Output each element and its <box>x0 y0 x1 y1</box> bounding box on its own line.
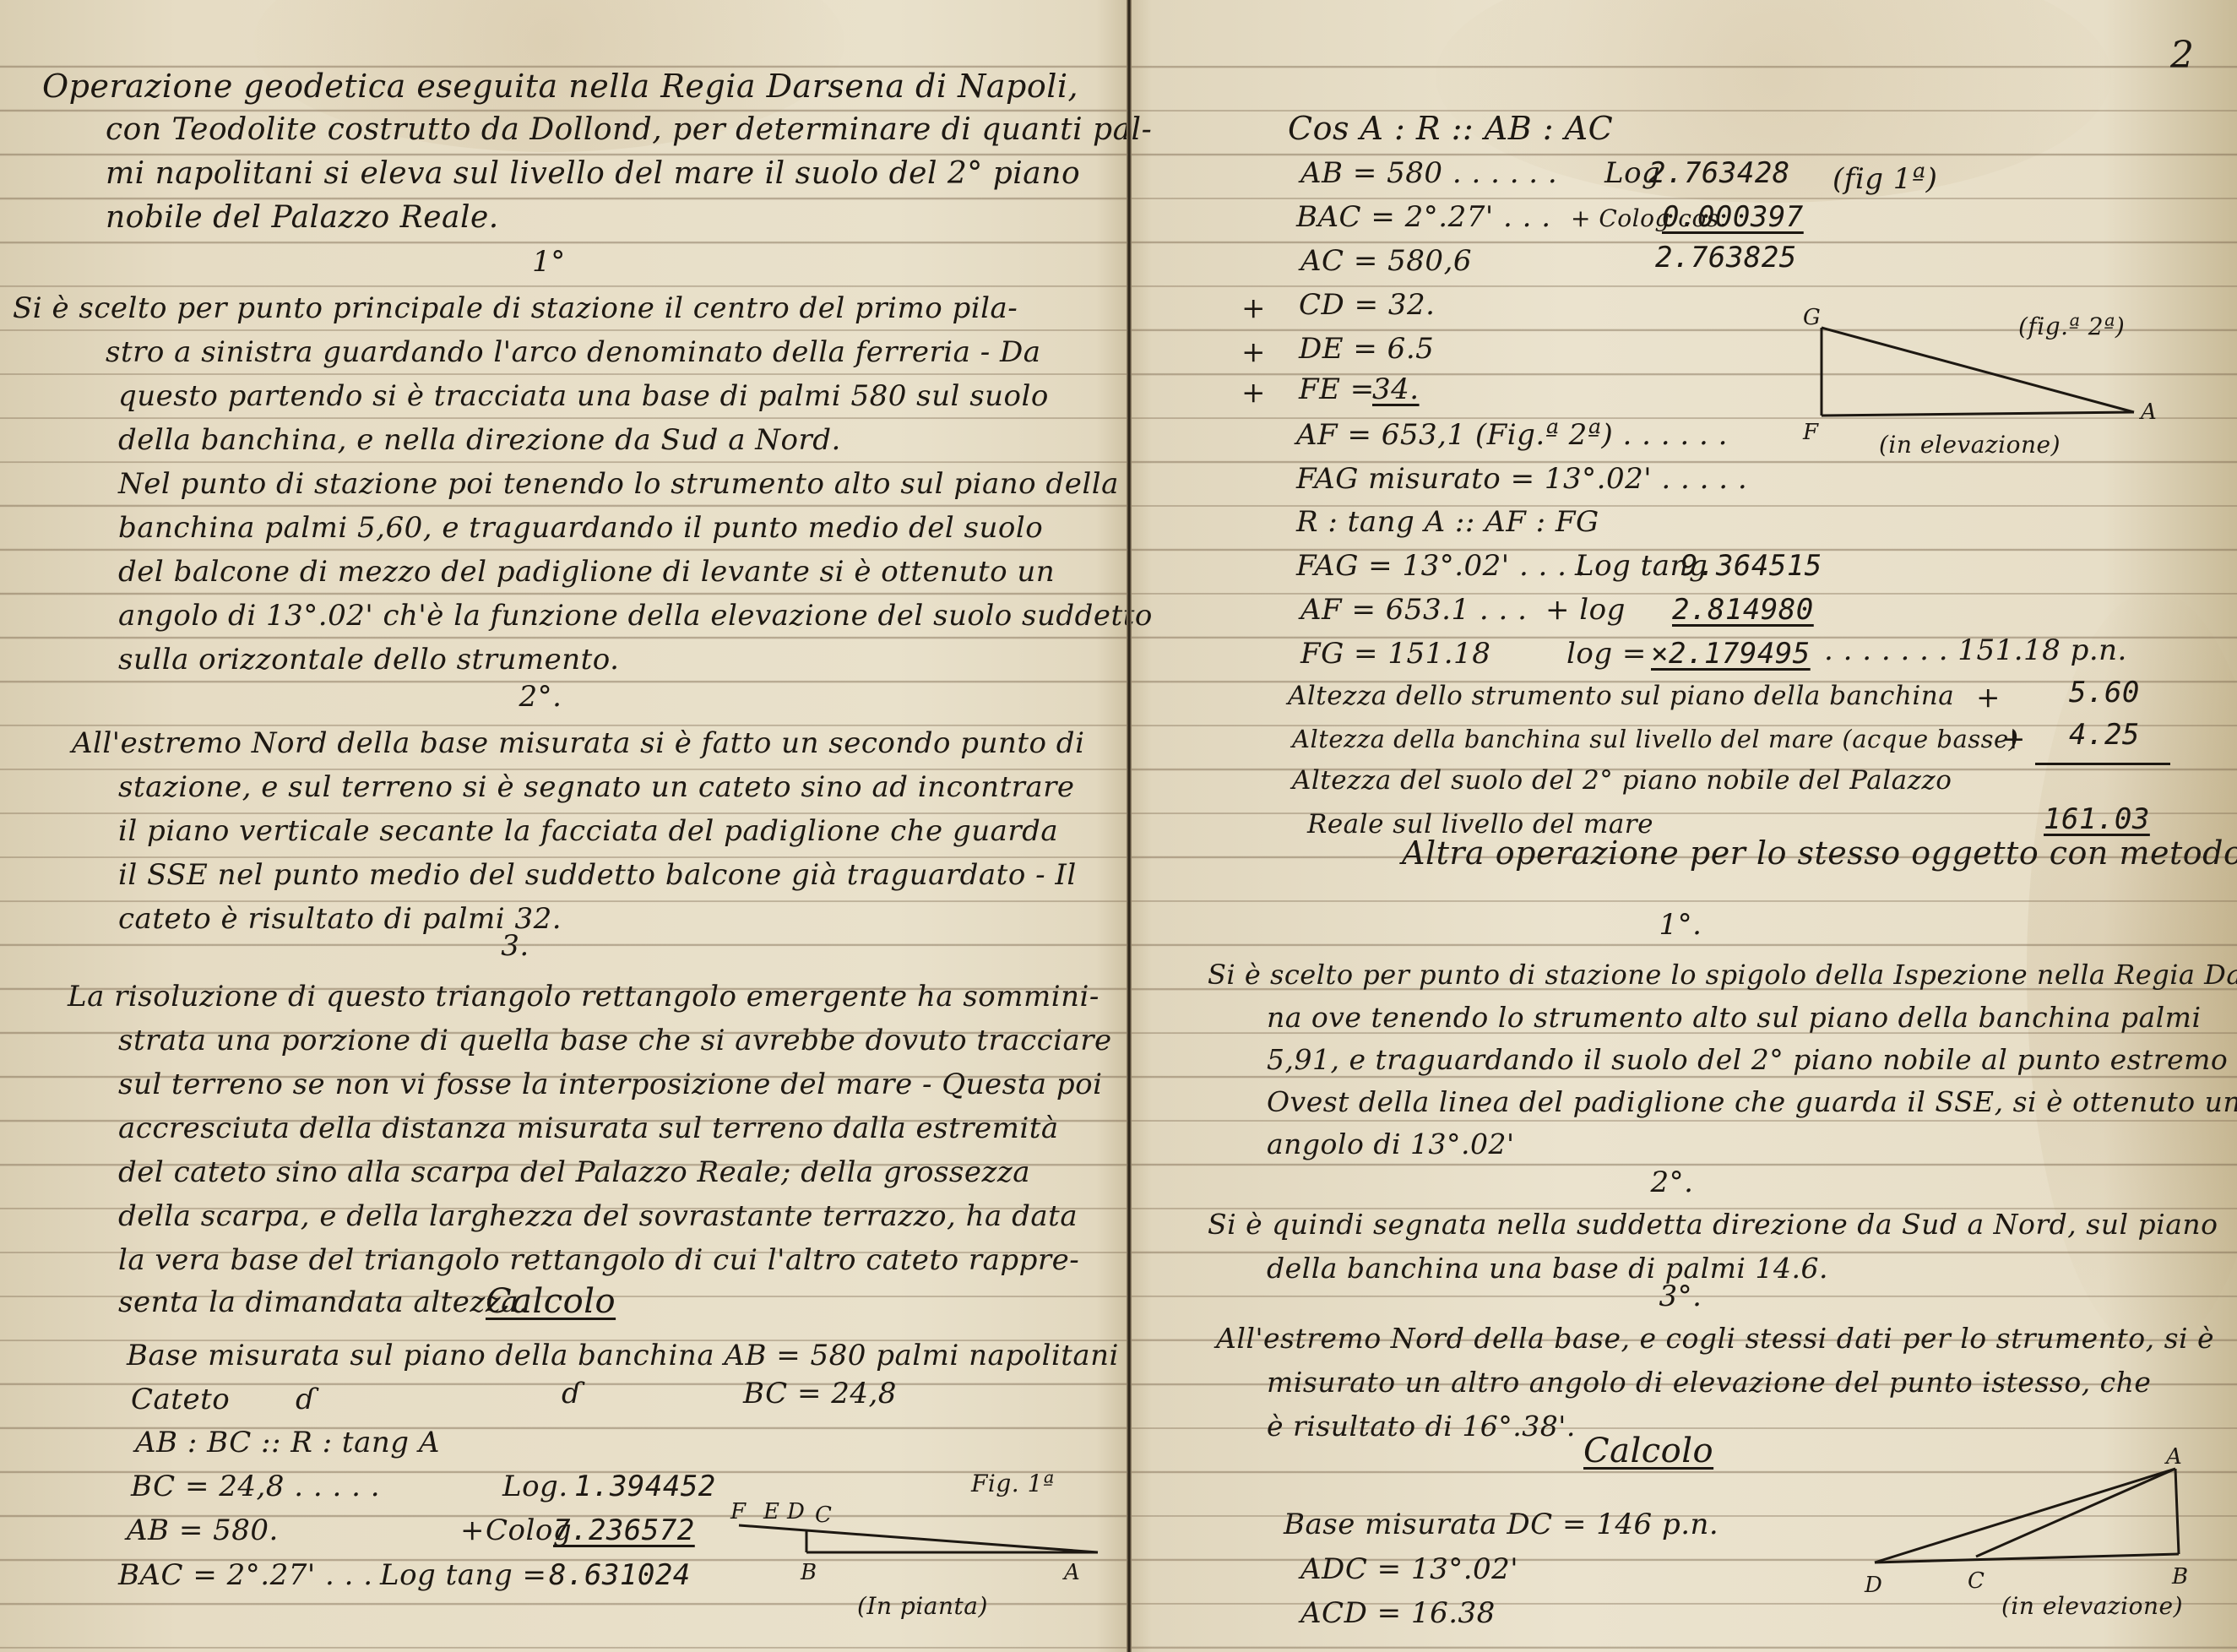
paragraph-line: Si è scelto per punto principale di staz… <box>13 291 1018 325</box>
fag-measured-line: FAG misurato = 13°.02' . . . . . <box>1296 462 1747 496</box>
figure-caption: (in elevazione) <box>2001 1592 2183 1620</box>
title-line: nobile del Palazzo Reale. <box>106 200 499 235</box>
notebook-spread: Operazione geodetica eseguita nella Regi… <box>0 0 2237 1652</box>
calc-row-fn: Log tang = <box>380 1558 547 1592</box>
paragraph-line: angolo di 13°.02' <box>1267 1128 1515 1160</box>
calc-row-value: 7.236572 <box>553 1513 695 1547</box>
calc-row-left: AB = 580. <box>127 1513 279 1547</box>
section-number: 3. <box>473 929 557 963</box>
point-label-f: F <box>730 1499 747 1524</box>
calc-row-fn: + log <box>1545 593 1626 627</box>
paragraph-line: senta la dimandata altezza. <box>118 1285 528 1319</box>
paragraph-line: strata una porzione di quella base che s… <box>118 1024 1112 1057</box>
log-row-left: BAC = 2°.27' . . . <box>1296 200 1551 234</box>
calc-proportion: AB : BC :: R : tang A <box>135 1426 440 1459</box>
section-number: 1° <box>507 245 591 279</box>
point-label-b: B <box>2171 1564 2188 1590</box>
calc-row: ADC = 13°.02' <box>1300 1552 1518 1586</box>
sum-rule <box>2035 763 2170 765</box>
page-number: 2 <box>2170 34 2195 77</box>
paragraph-line: del balcone di mezzo del padiglione di l… <box>118 555 1055 589</box>
calc-row-op: + <box>460 1513 485 1547</box>
cateto-label: Cateto <box>131 1383 230 1416</box>
log-row-value: 2.763825 <box>1655 241 1797 274</box>
title-line: con Teodolite costrutto da Dollond, per … <box>106 112 1152 147</box>
sum-prefix: + <box>1241 376 1266 410</box>
height-value: 4.25 <box>2069 718 2140 752</box>
paragraph-line: questo partendo si è tracciata una base … <box>118 379 1049 413</box>
calcolo-heading: Calcolo <box>486 1282 616 1321</box>
proportion-cos: Cos A : R :: AB : AC <box>1288 110 1613 147</box>
calc-row-left: BC = 24,8 . . . . . <box>131 1470 380 1503</box>
sum-value: 34. <box>1372 372 1420 406</box>
point-label-a: A <box>2164 1444 2182 1470</box>
height-total: 161.03 <box>2044 802 2150 836</box>
figure-label: Fig. 1ª <box>971 1470 1055 1497</box>
ditto-mark: ɗ <box>296 1383 316 1416</box>
height-label: Altezza dello strumento sul piano della … <box>1288 681 1954 711</box>
height-label: Altezza del suolo del 2° piano nobile de… <box>1292 765 1952 796</box>
calc-row: ACD = 16.38 <box>1300 1596 1496 1630</box>
section-number: 3°. <box>1638 1280 1723 1313</box>
section-heading: Altra operazione per lo stesso oggetto c… <box>1402 834 2237 872</box>
paragraph-line: del cateto sino alla scarpa del Palazzo … <box>118 1155 1030 1189</box>
calc-row-result: . . . . . . . 151.18 p.n. <box>1824 633 2127 667</box>
calc-row-left: AF = 653.1 . . . <box>1300 593 1527 627</box>
figure-caption: (In pianta) <box>857 1592 988 1620</box>
calc-row-left: BAC = 2°.27' . . . <box>118 1558 373 1592</box>
paragraph-line: na ove tenendo lo strumento alto sul pia… <box>1267 1001 2202 1034</box>
calc-row-fn: Log. <box>502 1470 568 1503</box>
sum-prefix: + <box>1241 335 1266 369</box>
paragraph-line: la vera base del triangolo rettangolo di… <box>118 1243 1079 1277</box>
height-op: + <box>1976 681 2001 715</box>
calc-row-value: 8.631024 <box>549 1558 691 1592</box>
point-label-f: F <box>1802 420 1819 445</box>
bc-value: BC = 24,8 <box>743 1377 897 1410</box>
log-row-left: AB = 580 . . . . . . <box>1300 156 1557 190</box>
point-label-a: A <box>1062 1560 1080 1585</box>
point-label-d: D <box>1864 1573 1882 1598</box>
calcolo-heading: Calcolo <box>1583 1432 1713 1470</box>
paragraph-line: Ovest della linea del padiglione che gua… <box>1267 1085 2237 1118</box>
log-row-note: (fig 1ª) <box>1832 162 1937 196</box>
paragraph-line: accresciuta della distanza misurata sul … <box>118 1111 1059 1145</box>
right-page: 2 Cos A : R :: AB : AC AB = 580 . . . . … <box>1132 0 2237 1652</box>
point-label-c: C <box>815 1503 832 1528</box>
figure-caption: (in elevazione) <box>1879 431 2061 459</box>
paragraph-line: è risultato di 16°.38'. <box>1267 1410 1576 1443</box>
point-label-e: E <box>763 1499 779 1524</box>
paragraph-line: 5,91, e traguardando il suolo del 2° pia… <box>1267 1043 2228 1076</box>
height-value: 5.60 <box>2069 676 2140 709</box>
figure-1-diagram: F E D C B A <box>726 1503 1115 1596</box>
paragraph-line: banchina palmi 5,60, e traguardando il p… <box>118 511 1043 545</box>
sum-left: FE = <box>1299 372 1375 406</box>
section-number: 2°. <box>1630 1166 1714 1199</box>
height-label: Altezza della banchina sul livello del m… <box>1292 725 2018 753</box>
calc-row-value: 2.814980 <box>1672 593 1814 627</box>
sum-prefix: + <box>1241 291 1266 325</box>
paragraph-line: stro a sinistra guardando l'arco denomin… <box>106 335 1041 369</box>
ditto-mark: ɗ <box>562 1377 582 1410</box>
paragraph-line: Si è scelto per punto di stazione lo spi… <box>1208 959 2237 991</box>
figure-2-diagram: G F A <box>1803 312 2166 439</box>
paragraph-line: della banchina una base di palmi 14.6. <box>1267 1252 1828 1285</box>
calc-row-value: 9.364515 <box>1680 549 1822 583</box>
log-row-value: 2.763428 <box>1648 156 1790 190</box>
paragraph-line: La risoluzione di questo triangolo retta… <box>68 980 1099 1013</box>
paragraph-line: sul terreno se non vi fosse la interposi… <box>118 1068 1102 1101</box>
paragraph-line: stazione, e sul terreno si è segnato un … <box>118 770 1075 804</box>
paragraph-line: sulla orizzontale dello strumento. <box>118 643 619 677</box>
paragraph-line: angolo di 13°.02' ch'è la funzione della… <box>118 599 1153 633</box>
point-label-g: G <box>1803 305 1821 330</box>
point-label-d: D <box>786 1499 805 1524</box>
calc-row-left: FAG = 13°.02' . . . . <box>1296 549 1586 583</box>
point-label-b: B <box>800 1560 817 1585</box>
paragraph-line: All'estremo Nord della base misurata si … <box>72 726 1084 760</box>
sum-left: CD = 32. <box>1299 288 1435 322</box>
calc-row-value: ×2.179495 <box>1651 637 1811 671</box>
paragraph-line: il SSE nel punto medio del suddetto balc… <box>118 858 1077 892</box>
paragraph-line: della banchina, e nella direzione da Sud… <box>118 423 841 457</box>
paragraph-line: il piano verticale secante la facciata d… <box>118 814 1058 848</box>
paragraph-line: misurato un altro angolo di elevazione d… <box>1267 1366 2151 1399</box>
paragraph-line: Si è quindi segnata nella suddetta direz… <box>1208 1208 2218 1241</box>
calc-row-value: 1.394452 <box>574 1470 716 1503</box>
log-row-value: 0.000397 <box>1662 200 1804 234</box>
paragraph-line: All'estremo Nord della base, e cogli ste… <box>1216 1322 2214 1355</box>
paragraph-line: della scarpa, e della larghezza del sovr… <box>118 1199 1078 1233</box>
calc-row-left: FG = 151.18 <box>1300 637 1490 671</box>
left-page: Operazione geodetica eseguita nella Regi… <box>0 0 1128 1652</box>
proportion-tang: R : tang A :: AF : FG <box>1296 505 1599 539</box>
height-op: + <box>2001 722 2026 756</box>
calc-row: Base misurata DC = 146 p.n. <box>1284 1508 1718 1541</box>
sum-left: DE = 6.5 <box>1299 332 1434 366</box>
section-number: 1°. <box>1638 908 1723 942</box>
calc-base-line: Base misurata sul piano della banchina A… <box>127 1339 1119 1372</box>
title-line: Operazione geodetica eseguita nella Regi… <box>42 68 1078 105</box>
paragraph-line: Nel punto di stazione poi tenendo lo str… <box>118 467 1119 501</box>
point-label-c: C <box>1968 1568 1985 1594</box>
point-label-a: A <box>2139 399 2157 425</box>
log-row-left: AC = 580,6 <box>1300 244 1472 278</box>
af-line: AF = 653,1 (Fig.ª 2ª) . . . . . . <box>1296 418 1728 452</box>
title-line: mi napolitani si eleva sul livello del m… <box>106 156 1080 191</box>
section-number: 2°. <box>498 680 583 714</box>
calc-row-fn: log = <box>1566 637 1647 671</box>
